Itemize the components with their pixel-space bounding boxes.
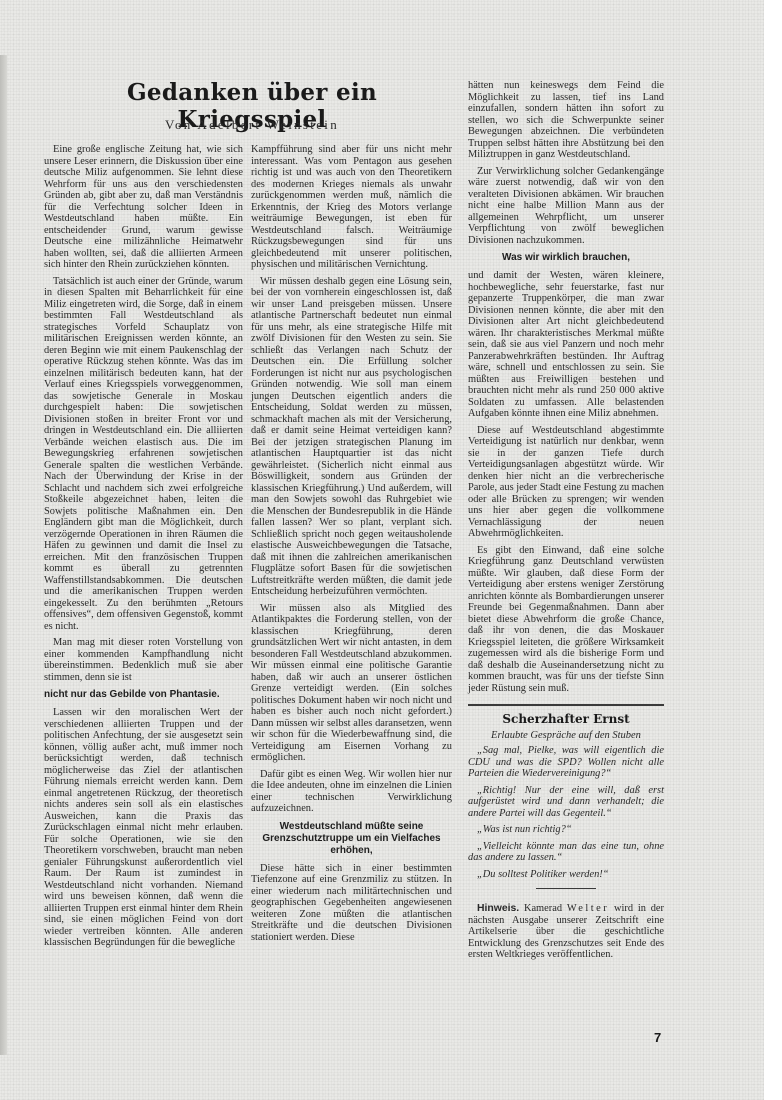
article-column-3: hätten nun keineswegs dem Feind die Mögl… <box>468 80 664 966</box>
binding-edge <box>0 55 7 1055</box>
paragraph: Lassen wir den moralischen Wert der vers… <box>44 707 243 949</box>
paragraph: Wir müssen also als Mitglied des Atlanti… <box>251 603 452 764</box>
subheading: nicht nur das Gebilde von Phantasie. <box>44 689 243 701</box>
section-divider <box>468 704 664 706</box>
paragraph: Diese auf Westdeutschland abgestimmte Ve… <box>468 425 664 540</box>
paragraph: Kampfführung sind aber für uns nicht meh… <box>251 144 452 271</box>
dialogue-line: „Vielleicht könnte man das eine tun, ohn… <box>468 841 664 864</box>
dialogue-line: „Sag mal, Pielke, was will eigentlich di… <box>468 745 664 780</box>
magazine-page: Gedanken über ein Kriegsspiel Von Adelbe… <box>0 0 764 1100</box>
box-title: Scherzhafter Ernst <box>468 714 664 726</box>
paragraph: Eine große englische Zeitung hat, wie si… <box>44 144 243 271</box>
paragraph: hätten nun keineswegs dem Feind die Mögl… <box>468 80 664 161</box>
box-subtitle: Erlaubte Gespräche auf den Stuben <box>468 730 664 742</box>
sidebar-box: Scherzhafter Ernst Erlaubte Gespräche au… <box>468 714 664 889</box>
subheading: Was wir wirklich brauchen, <box>468 252 664 264</box>
paragraph: Diese hätte sich in einer bestimmten Tie… <box>251 863 452 944</box>
article-column-2: Kampfführung sind aber für uns nicht meh… <box>251 144 452 948</box>
subheading: Westdeutschland müßte seine Grenzschutzt… <box>251 821 452 857</box>
notice-text: Kamerad <box>519 903 567 914</box>
dialogue-line: „Was ist nun richtig?“ <box>468 824 664 836</box>
paragraph: Zur Verwirklichung solcher Gedankengänge… <box>468 166 664 247</box>
paragraph: Wir müssen deshalb gegen eine Lösung sei… <box>251 276 452 598</box>
paragraph: Tatsächlich ist auch einer der Gründe, w… <box>44 276 243 633</box>
notice-name: Welter <box>567 903 609 914</box>
dialogue-line: „Richtig! Nur der eine will, daß erst au… <box>468 785 664 820</box>
paragraph: Dafür gibt es einen Weg. Wir wollen hier… <box>251 769 452 815</box>
notice-paragraph: Hinweis. Kamerad Welter wird in der näch… <box>468 903 664 961</box>
paragraph: und damit der Westen, wären kleinere, ho… <box>468 270 664 420</box>
article-byline: Von Adelbert Weinstein <box>62 117 442 133</box>
short-divider <box>536 888 596 889</box>
dialogue: „Sag mal, Pielke, was will eigentlich di… <box>468 745 664 880</box>
page-number: 7 <box>654 1030 661 1045</box>
dialogue-line: „Du solltest Politiker werden!“ <box>468 869 664 881</box>
article-column-1: Eine große englische Zeitung hat, wie si… <box>44 144 243 954</box>
paragraph: Man mag mit dieser roten Vorstellung von… <box>44 637 243 683</box>
notice-label: Hinweis. <box>477 903 519 914</box>
paragraph: Es gibt den Einwand, daß eine solche Kri… <box>468 545 664 695</box>
